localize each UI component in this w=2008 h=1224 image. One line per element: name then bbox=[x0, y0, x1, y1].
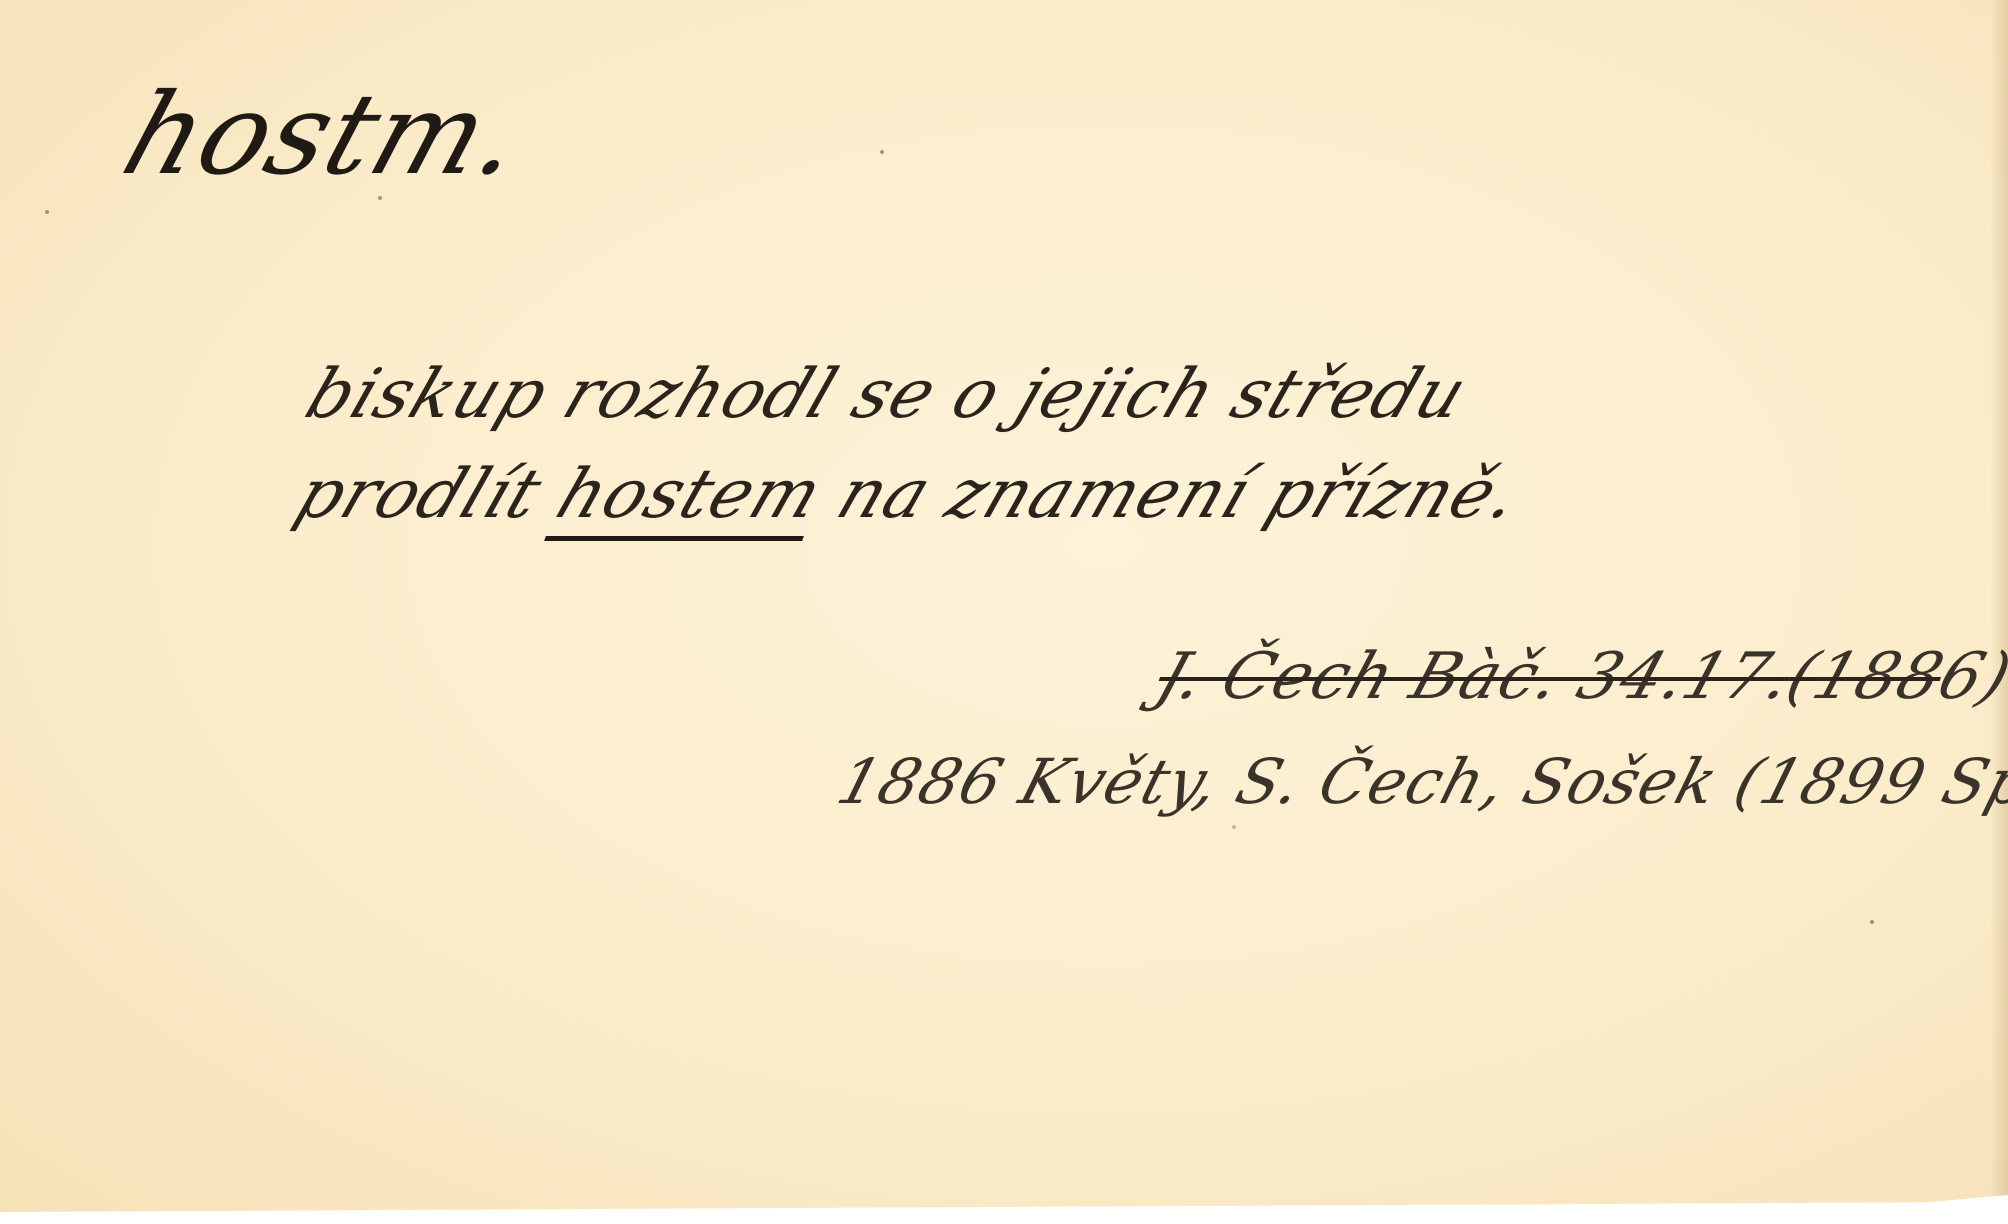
paper-speck bbox=[45, 210, 49, 214]
example-sentence-line-2: prodlít hostem na znamení přízně. bbox=[286, 455, 1531, 534]
paper-speck bbox=[1232, 825, 1236, 829]
paper-speck bbox=[880, 150, 884, 154]
card-edge-shadow bbox=[1990, 0, 2008, 1212]
paper-speck bbox=[378, 196, 382, 200]
underlined-headword-form: hostem bbox=[544, 455, 833, 541]
example-text-after: na znamení přízně. bbox=[827, 455, 1531, 534]
source-citation: 1886 Květy, S. Čech, Sošek (1899 Sp. 4 3… bbox=[830, 745, 2008, 818]
paper-speck bbox=[1870, 920, 1874, 924]
example-sentence-line-1: biskup rozhodl se o jejich středu bbox=[296, 355, 1478, 434]
index-card: hostm. biskup rozhodl se o jejich středu… bbox=[0, 0, 2008, 1212]
example-text-before: prodlít bbox=[286, 455, 553, 534]
struck-source-citation: J. Čech Bàč. 34.17.(1886) bbox=[1148, 640, 2008, 714]
headword: hostm. bbox=[109, 70, 541, 200]
struck-citation-text: J. Čech Bàč. 34.17. bbox=[1148, 640, 1802, 714]
struck-year-open: (188 bbox=[1778, 640, 1953, 714]
